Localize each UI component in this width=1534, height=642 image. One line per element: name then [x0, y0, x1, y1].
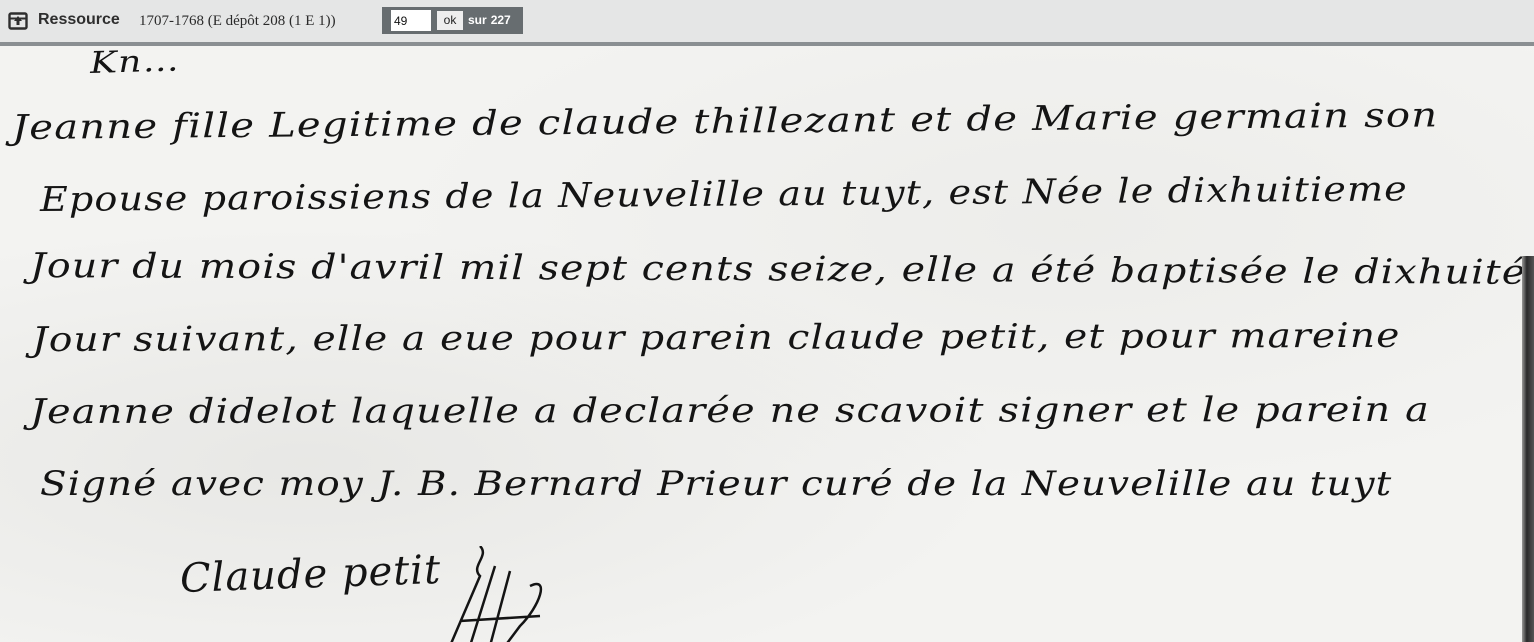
total-pages: sur227	[468, 12, 511, 29]
resource-header: Ressource 1707-1768 (E dépôt 208 (1 E 1)…	[0, 0, 1534, 46]
signature-paraph-mark	[410, 546, 570, 642]
go-to-page-button[interactable]: ok	[437, 11, 463, 30]
box-icon	[8, 11, 28, 30]
page-number-input[interactable]	[391, 10, 431, 31]
total-prefix: sur	[468, 13, 487, 27]
document-image-viewer[interactable]: Kn… Jeanne fille Legitime de claude thil…	[0, 46, 1534, 642]
manuscript-line: Kn…	[89, 46, 180, 81]
total-pages-value: 227	[491, 13, 511, 27]
resource-label: Ressource	[38, 10, 120, 30]
manuscript-line: Jeanne fille Legitime de claude thilleza…	[12, 95, 1439, 148]
manuscript-line: Jeanne didelot laquelle a declarée ne sc…	[30, 390, 1430, 432]
manuscript-line: Jour suivant, elle a eue pour parein cla…	[32, 316, 1401, 360]
manuscript-line: Epouse paroissiens de la Neuvelille au t…	[40, 169, 1408, 220]
page-navigator: ok sur227	[382, 7, 523, 34]
page-edge-shadow	[1522, 256, 1534, 642]
manuscript-line: Signé avec moy J. B. Bernard Prieur curé…	[40, 464, 1392, 504]
manuscript-line: Jour du mois d'avril mil sept cents seiz…	[30, 246, 1527, 293]
resource-description: 1707-1768 (E dépôt 208 (1 E 1))	[139, 11, 336, 31]
signature-line: Claude petit	[179, 547, 442, 602]
